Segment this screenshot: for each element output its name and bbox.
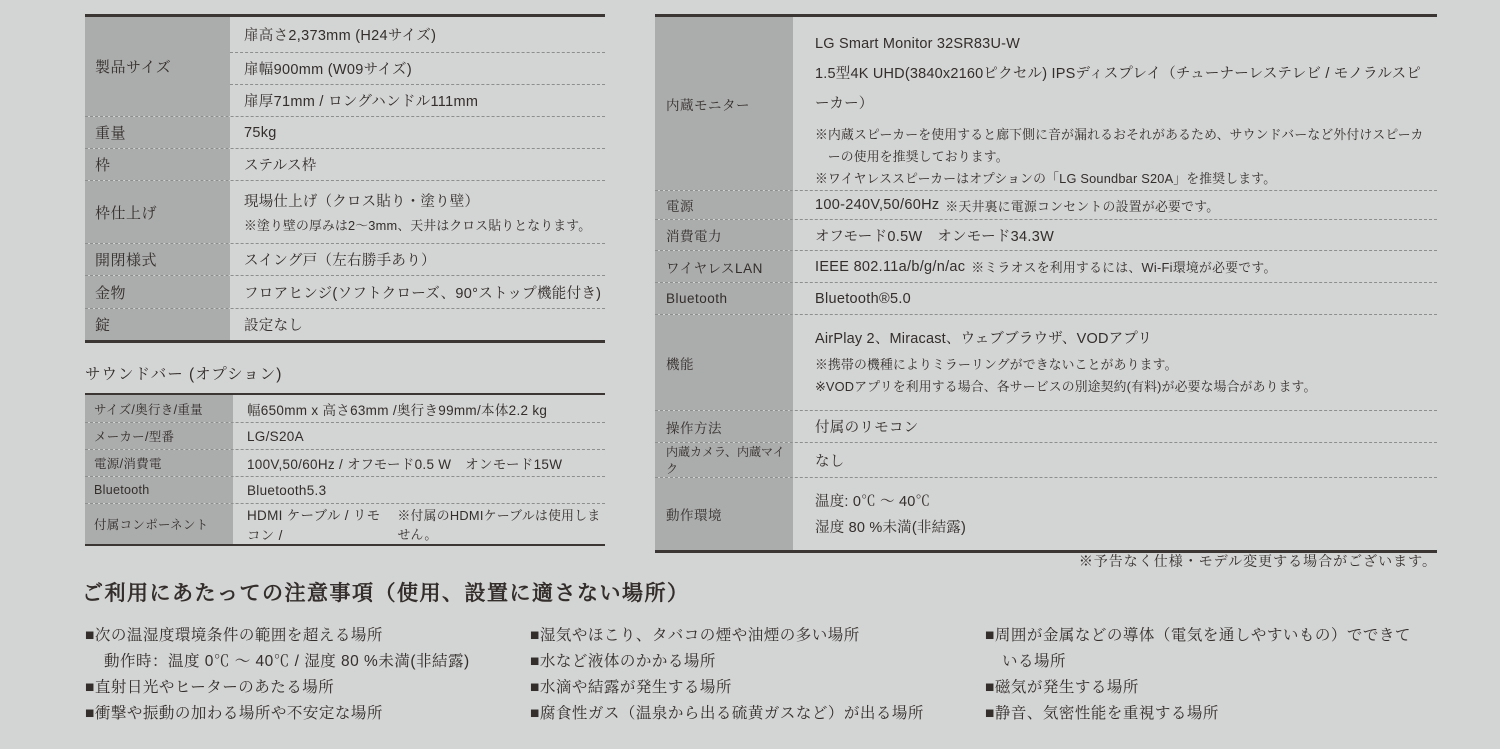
spec-label-weight: 重量 (85, 117, 230, 148)
soundbar-row-size: サイズ/奥行き/重量 幅650mm x 高さ63mm /奥行き99mm/本体2.… (85, 395, 605, 422)
soundbar-value-bluetooth: Bluetooth5.3 (233, 477, 605, 503)
monitor-label-display: 内蔵モニター (655, 17, 793, 190)
monitor-value-camera: なし (793, 443, 1437, 477)
monitor-note-power: ※天井裏に電源コンセントの設置が必要です。 (945, 196, 1219, 215)
spec-label-hardware: 金物 (85, 276, 230, 308)
monitor-label-operation: 操作方法 (655, 411, 793, 442)
spec-note-frame-finish: ※塗り壁の厚みは2～3mm、天井はクロス貼りとなります。 (244, 215, 605, 237)
monitor-row-operation: 操作方法 付属のリモコン (655, 410, 1437, 442)
spec-value-door-thickness: 扉厚71mm / ロングハンドル111mm (230, 84, 605, 116)
monitor-wireless-speaker-note: ※ワイヤレススピーカーはオプションの「LG Soundbar S20A」を推奨し… (815, 168, 1427, 190)
spec-row-weight: 重量 75kg (85, 116, 605, 148)
caution-column-2: ■湿気やほこり、タバコの煙や油煙の多い場所 ■水など液体のかかる場所 ■水滴や結… (530, 623, 980, 727)
monitor-spec-table: 内蔵モニター LG Smart Monitor 32SR83U-W 1.5型4K… (655, 14, 1437, 553)
soundbar-row-components: 付属コンポーネント HDMI ケーブル / リモコン / ※付属のHDMIケーブ… (85, 503, 605, 544)
monitor-value-bluetooth: Bluetooth®5.0 (793, 283, 1437, 314)
monitor-label-power: 電源 (655, 191, 793, 219)
spec-value-weight: 75kg (230, 117, 605, 148)
spec-value-door-width: 扉幅900mm (W09サイズ) (230, 52, 605, 84)
soundbar-value-size: 幅650mm x 高さ63mm /奥行き99mm/本体2.2 kg (233, 395, 605, 422)
spec-row-product-size: 製品サイズ 扉高さ2,373mm (H24サイズ) 扉幅900mm (W09サイ… (85, 17, 605, 116)
monitor-speaker-note: ※内蔵スピーカーを使用すると廊下側に音が漏れるおそれがあるため、サウンドバーなど… (815, 124, 1427, 168)
spec-label-frame: 枠 (85, 149, 230, 180)
caution-item: ■湿気やほこり、タバコの煙や油煙の多い場所 (530, 623, 980, 649)
monitor-value-operation: 付属のリモコン (793, 411, 1437, 442)
spec-value-frame: ステルス枠 (230, 149, 605, 180)
monitor-vod-note: ※VODアプリを利用する場合、各サービスの別途契約(有料)が必要な場合があります… (815, 376, 1427, 398)
soundbar-label-power: 電源/消費電 (85, 450, 233, 476)
caution-column-3: ■周囲が金属などの導体（電気を通しやすいもの）でできている場所 ■磁気が発生する… (985, 623, 1415, 727)
soundbar-note-components: ※付属のHDMIケーブルは使用しません。 (397, 505, 605, 543)
caution-item: ■腐食性ガス（温泉から出る硫黄ガスなど）が出る場所 (530, 701, 980, 727)
monitor-model-name: LG Smart Monitor 32SR83U-W (815, 29, 1427, 59)
monitor-panel-spec: 1.5型4K UHD(3840x2160ピクセル) IPSディスプレイ（チューナ… (815, 59, 1427, 119)
monitor-mirroring-note: ※携帯の機種によりミラーリングができないことがあります。 (815, 354, 1427, 376)
caution-item: ■静音、気密性能を重視する場所 (985, 701, 1415, 727)
soundbar-label-size: サイズ/奥行き/重量 (85, 395, 233, 422)
soundbar-row-bluetooth: Bluetooth Bluetooth5.3 (85, 476, 605, 503)
monitor-row-functions: 機能 AirPlay 2、Miracast、ウェブブラウザ、VODアプリ ※携帯… (655, 314, 1437, 410)
monitor-row-power: 電源 100-240V,50/60Hz ※天井裏に電源コンセントの設置が必要です… (655, 190, 1437, 219)
spec-label-lock: 錠 (85, 309, 230, 340)
monitor-label-camera: 内蔵カメラ、内蔵マイク (655, 443, 793, 477)
soundbar-value-components: HDMI ケーブル / リモコン / (247, 504, 391, 544)
monitor-label-environment: 動作環境 (655, 478, 793, 550)
monitor-label-wlan: ワイヤレスLAN (655, 251, 793, 282)
spec-label-frame-finish: 枠仕上げ (85, 181, 230, 243)
monitor-label-bluetooth: Bluetooth (655, 283, 793, 314)
monitor-functions-list: AirPlay 2、Miracast、ウェブブラウザ、VODアプリ (815, 324, 1427, 354)
soundbar-label-bluetooth: Bluetooth (85, 477, 233, 503)
monitor-env-temperature: 温度: 0℃ ～ 40℃ (815, 489, 1437, 515)
monitor-value-power: 100-240V,50/60Hz (815, 197, 939, 213)
monitor-row-bluetooth: Bluetooth Bluetooth®5.0 (655, 282, 1437, 314)
spec-row-opening-style: 開閉様式 スイング戸（左右勝手あり） (85, 243, 605, 275)
caution-item: ■直射日光やヒーターのあたる場所 (85, 675, 530, 701)
product-spec-table: 製品サイズ 扉高さ2,373mm (H24サイズ) 扉幅900mm (W09サイ… (85, 14, 605, 343)
soundbar-section-title: サウンドバー (オプション) (85, 362, 282, 384)
soundbar-value-power: 100V,50/60Hz / オフモード0.5 W オンモード15W (233, 450, 605, 476)
spec-label-product-size: 製品サイズ (85, 17, 230, 116)
spec-value-opening-style: スイング戸（左右勝手あり） (230, 244, 605, 275)
monitor-label-consumption: 消費電力 (655, 220, 793, 250)
soundbar-value-maker: LG/S20A (233, 423, 605, 449)
monitor-env-humidity: 湿度 80 %未満(非結露) (815, 515, 1437, 541)
caution-item: ■水など液体のかかる場所 (530, 649, 980, 675)
spec-row-frame-finish: 枠仕上げ 現場仕上げ（クロス貼り・塗り壁） ※塗り壁の厚みは2～3mm、天井はク… (85, 180, 605, 243)
spec-label-opening-style: 開閉様式 (85, 244, 230, 275)
soundbar-row-maker: メーカー/型番 LG/S20A (85, 422, 605, 449)
caution-item-sub: 動作時：温度 0℃ ～ 40℃ / 湿度 80 %未満(非結露) (85, 649, 530, 675)
soundbar-spec-table: サイズ/奥行き/重量 幅650mm x 高さ63mm /奥行き99mm/本体2.… (85, 393, 605, 546)
monitor-label-functions: 機能 (655, 315, 793, 410)
soundbar-row-power: 電源/消費電 100V,50/60Hz / オフモード0.5 W オンモード15… (85, 449, 605, 476)
caution-item: ■周囲が金属などの導体（電気を通しやすいもの）でできている場所 (985, 623, 1415, 675)
spec-value-frame-finish: 現場仕上げ（クロス貼り・塗り壁） (244, 189, 605, 215)
monitor-note-wlan: ※ミラオスを利用するには、Wi-Fi環境が必要です。 (971, 257, 1276, 276)
caution-item: ■次の温湿度環境条件の範囲を超える場所 (85, 623, 530, 649)
monitor-row-camera: 内蔵カメラ、内蔵マイク なし (655, 442, 1437, 477)
caution-column-1: ■次の温湿度環境条件の範囲を超える場所 動作時：温度 0℃ ～ 40℃ / 湿度… (85, 623, 530, 727)
spec-row-lock: 錠 設定なし (85, 308, 605, 340)
caution-item: ■磁気が発生する場所 (985, 675, 1415, 701)
spec-row-frame: 枠 ステルス枠 (85, 148, 605, 180)
soundbar-label-components: 付属コンポーネント (85, 504, 233, 544)
caution-item: ■衝撃や振動の加わる場所や不安定な場所 (85, 701, 530, 727)
monitor-row-environment: 動作環境 温度: 0℃ ～ 40℃ 湿度 80 %未満(非結露) (655, 477, 1437, 550)
model-change-note: ※予告なく仕様・モデル変更する場合がございます。 (1079, 551, 1437, 571)
monitor-row-display: 内蔵モニター LG Smart Monitor 32SR83U-W 1.5型4K… (655, 17, 1437, 190)
spec-value-door-height: 扉高さ2,373mm (H24サイズ) (230, 17, 605, 52)
spec-value-hardware: フロアヒンジ(ソフトクローズ、90°ストップ機能付き) (230, 276, 605, 308)
caution-heading: ご利用にあたっての注意事項（使用、設置に適さない場所） (82, 577, 690, 607)
spec-value-lock: 設定なし (230, 309, 605, 340)
spec-row-hardware: 金物 フロアヒンジ(ソフトクローズ、90°ストップ機能付き) (85, 275, 605, 308)
monitor-value-consumption: オフモード0.5W オンモード34.3W (793, 220, 1437, 250)
caution-item: ■水滴や結露が発生する場所 (530, 675, 980, 701)
monitor-row-wlan: ワイヤレスLAN IEEE 802.11a/b/g/n/ac ※ミラオスを利用す… (655, 250, 1437, 282)
soundbar-label-maker: メーカー/型番 (85, 423, 233, 449)
monitor-value-wlan: IEEE 802.11a/b/g/n/ac (815, 259, 965, 275)
monitor-row-consumption: 消費電力 オフモード0.5W オンモード34.3W (655, 219, 1437, 250)
